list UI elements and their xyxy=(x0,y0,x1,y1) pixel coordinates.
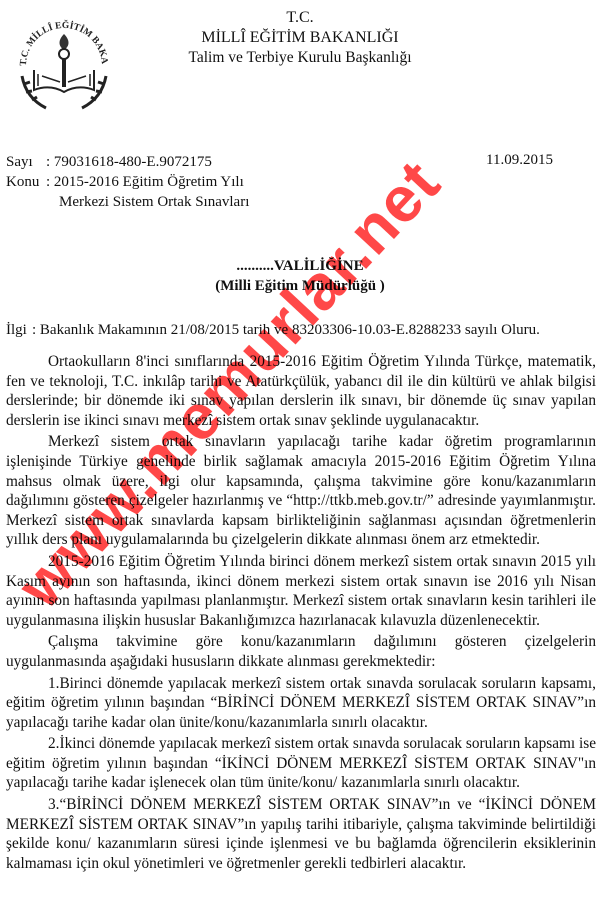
konu-value-cont: Merkezi Sistem Ortak Sınavları xyxy=(59,192,249,212)
header-department: Talim ve Terbiye Kurulu Başkanlığı xyxy=(0,48,600,68)
paragraph: Ortaokulların 8'inci sınıflarında 2015-2… xyxy=(6,352,596,430)
konu-label: Konu xyxy=(6,172,46,192)
reference-line: İlgi: Bakanlık Makamının 21/08/2015 tari… xyxy=(6,322,540,339)
document-meta: Sayı: 79031618-480-E.9072175 Konu: 2015-… xyxy=(6,152,249,212)
header-tc: T.C. xyxy=(0,8,600,28)
header-ministry: MİLLÎ EĞİTİM BAKANLIĞI xyxy=(0,28,600,48)
paragraph: Merkezî sistem ortak sınavların yapılaca… xyxy=(6,432,596,550)
ilgi-label: İlgi xyxy=(6,322,32,339)
paragraph: 2015-2016 Eğitim Öğretim Yılında birinci… xyxy=(6,552,596,630)
letter-body: Ortaokulların 8'inci sınıflarında 2015-2… xyxy=(6,352,596,875)
addressee: ..........VALİLİĞİNE (Milli Eğitim Müdür… xyxy=(0,256,600,296)
sayi-value: : 79031618-480-E.9072175 xyxy=(46,152,212,172)
addressee-line1: ..........VALİLİĞİNE xyxy=(0,256,600,276)
list-item: 1.Birinci dönemde yapılacak merkezî sist… xyxy=(6,674,596,733)
document-date: 11.09.2015 xyxy=(486,152,553,169)
sayi-label: Sayı xyxy=(6,152,46,172)
list-item: 2.İkinci dönemde yapılacak merkezî siste… xyxy=(6,734,596,793)
list-item: 3.“BİRİNCİ DÖNEM MERKEZÎ SİSTEM ORTAK SI… xyxy=(6,795,596,873)
ilgi-value: : Bakanlık Makamının 21/08/2015 tarih ve… xyxy=(32,322,540,338)
paragraph: Çalışma takvimine göre konu/kazanımların… xyxy=(6,632,596,671)
konu-value: : 2015-2016 Eğitim Öğretim Yılı xyxy=(46,172,244,192)
letterhead: T.C. MİLLÎ EĞİTİM BAKANLIĞI Talim ve Ter… xyxy=(0,8,600,68)
addressee-line2: (Milli Eğitim Müdürlüğü ) xyxy=(0,276,600,296)
